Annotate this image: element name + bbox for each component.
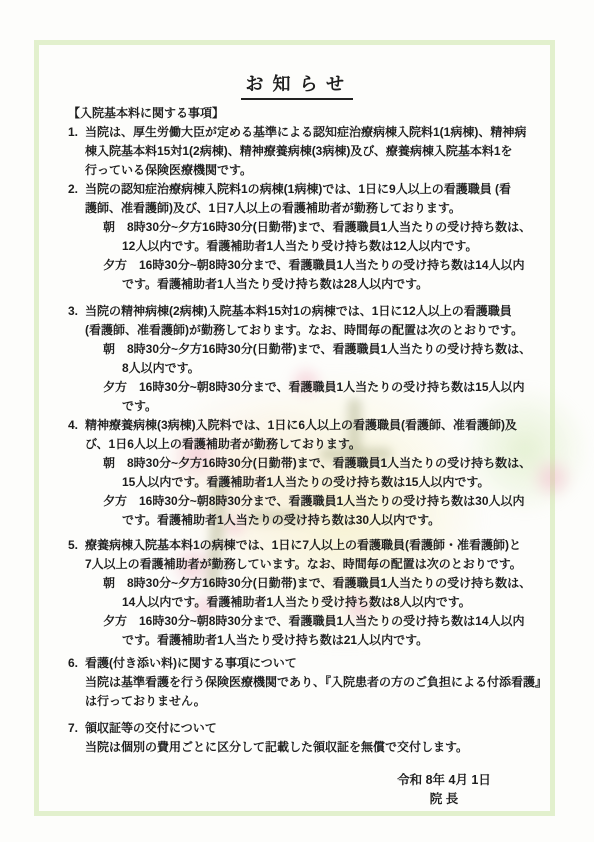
text-line: 朝 8時30分~夕方16時30分(日勤帯)まで、看護職員1人当たりの受け持ち数は… — [103, 574, 547, 593]
text-line: 精神療養病棟(3病棟)入院料では、1日に6人以上の看護職員(看護師、准看護師)及 — [85, 418, 517, 432]
notice-section-2: 2.当院の認知症治療病棟入院料1の病棟(1病棟)では、1日に9人以上の看護職員 … — [68, 180, 547, 294]
text-line: 5.療養病棟入院基本料1の病棟では、1日に7人以上の看護職員(看護師・准看護師)… — [68, 536, 547, 555]
page-title: お知らせ — [241, 70, 353, 100]
text-line: 当院は、厚生労働大臣が定める基準による認知症治療病棟入院料1(1病棟)、精神病 — [85, 125, 526, 139]
text-line: 1.当院は、厚生労働大臣が定める基準による認知症治療病棟入院料1(1病棟)、精神… — [68, 123, 547, 142]
title-row: お知らせ — [0, 70, 594, 100]
text-line: 夕方 16時30分~朝8時30分まで、看護職員1人当たりの受け持ち数は15人以内 — [103, 378, 547, 397]
signature-line: 院 長 — [358, 790, 530, 809]
text-line: 夕方 16時30分~朝8時30分まで、看護職員1人当たりの受け持ち数は14人以内 — [103, 612, 547, 631]
section-number: 5. — [68, 536, 85, 555]
text-line: です。 — [122, 397, 547, 416]
text-line: 8人以内です。 — [122, 359, 547, 378]
section-number: 7. — [68, 719, 85, 738]
notice-body: 【入院基本料に関する事項】 1.当院は、厚生労働大臣が定める基準による認知症治療… — [68, 104, 547, 757]
text-line: です。看護補助者1人当たり受け持ち数は28人以内です。 — [122, 275, 547, 294]
text-line: 14人以内です。看護補助者1人当たり受け持ち数は8人以内です。 — [122, 593, 547, 612]
text-line: 行っている保険医療機関です。 — [85, 161, 547, 180]
text-line: 朝 8時30分~夕方16時30分(日勤帯)まで、看護職員1人当たりの受け持ち数は… — [103, 218, 547, 237]
date-line: 令和 8年 4月 1日 — [358, 771, 530, 790]
notice-section-1: 1.当院は、厚生労働大臣が定める基準による認知症治療病棟入院料1(1病棟)、精神… — [68, 123, 547, 180]
text-line: 7人以上の看護補助者が勤務しています。なお、時間毎の配置は次のとおりです。 — [85, 555, 547, 574]
text-line: 6.看護(付き添い料)に関する事項について — [68, 654, 547, 673]
text-line: 15人以内です。看護補助者1人当たりの受け持ち数は15人以内です。 — [122, 473, 547, 492]
section-number: 1. — [68, 123, 85, 142]
text-line: (看護師、准看護師)が勤務しております。なお、時間毎の配置は次のとおりです。 — [85, 321, 547, 340]
text-line: は行っておりません。 — [85, 692, 547, 711]
section-number: 3. — [68, 302, 85, 321]
notice-section-6: 6.看護(付き添い料)に関する事項について 当院は基準看護を行う保険医療機関であ… — [68, 654, 547, 711]
text-line: 当院の認知症治療病棟入院料1の病棟(1病棟)では、1日に9人以上の看護職員 (看 — [85, 182, 511, 196]
section-number: 4. — [68, 416, 85, 435]
text-line: 7.領収証等の交付について — [68, 719, 547, 738]
text-line: 当院は個別の費用ごとに区分して記載した領収証を無償で交付します。 — [85, 738, 547, 757]
text-line: 領収証等の交付について — [85, 721, 217, 735]
text-line: 12人以内です。看護補助者1人当たり受け持ち数は12人以内です。 — [122, 237, 547, 256]
text-line: 4.精神療養病棟(3病棟)入院料では、1日に6人以上の看護職員(看護師、准看護師… — [68, 416, 547, 435]
text-line: 護師、准看護師)及び、1日7人以上の看護補助者が勤務しております。 — [85, 199, 547, 218]
text-line: 療養病棟入院基本料1の病棟では、1日に7人以上の看護職員(看護師・准看護師)と — [85, 538, 521, 552]
text-line: 棟入院基本料15対1(2病棟)、精神療養病棟(3病棟)及び、療養病棟入院基本料1… — [85, 142, 547, 161]
text-line: 朝 8時30分~夕方16時30分(日勤帯)まで、看護職員1人当たりの受け持ち数は… — [103, 454, 547, 473]
text-line: です。看護補助者1人当たり受け持ち数は21人以内です。 — [122, 631, 547, 650]
text-line: 当院は基準看護を行う保険医療機関であり、『入院患者の方のご負担による付添看護』 — [85, 673, 547, 692]
notice-section-7: 7.領収証等の交付について 当院は個別の費用ごとに区分して記載した領収証を無償で… — [68, 719, 547, 757]
date-signature-block: 令和 8年 4月 1日 院 長 — [358, 771, 530, 809]
text-line: 朝 8時30分~夕方16時30分(日勤帯)まで、看護職員1人当たりの受け持ち数は… — [103, 340, 547, 359]
text-line: 看護(付き添い料)に関する事項について — [85, 656, 297, 670]
text-line: 3.当院の精神病棟(2病棟)入院基本料15対1の病棟では、1日に12人以上の看護… — [68, 302, 547, 321]
section-number: 2. — [68, 180, 85, 199]
text-line: び、1日6人以上の看護補助者が勤務しております。 — [85, 435, 547, 454]
text-line: 当院の精神病棟(2病棟)入院基本料15対1の病棟では、1日に12人以上の看護職員 — [85, 304, 512, 318]
notice-section-3: 3.当院の精神病棟(2病棟)入院基本料15対1の病棟では、1日に12人以上の看護… — [68, 302, 547, 416]
notice-section-5: 5.療養病棟入院基本料1の病棟では、1日に7人以上の看護職員(看護師・准看護師)… — [68, 536, 547, 650]
section-heading: 【入院基本料に関する事項】 — [68, 104, 547, 123]
text-line: です。看護補助者1人当たりの受け持ち数は30人以内です。 — [122, 511, 547, 530]
notice-section-4: 4.精神療養病棟(3病棟)入院料では、1日に6人以上の看護職員(看護師、准看護師… — [68, 416, 547, 530]
text-line: 夕方 16時30分~朝8時30分まで、看護職員1人当たりの受け持ち数は30人以内 — [103, 492, 547, 511]
text-line: 夕方 16時30分~朝8時30分まで、看護職員1人当たりの受け持ち数は14人以内 — [103, 256, 547, 275]
text-line: 2.当院の認知症治療病棟入院料1の病棟(1病棟)では、1日に9人以上の看護職員 … — [68, 180, 547, 199]
notice-document-page: お知らせ 【入院基本料に関する事項】 1.当院は、厚生労働大臣が定める基準による… — [0, 0, 594, 842]
section-number: 6. — [68, 654, 85, 673]
